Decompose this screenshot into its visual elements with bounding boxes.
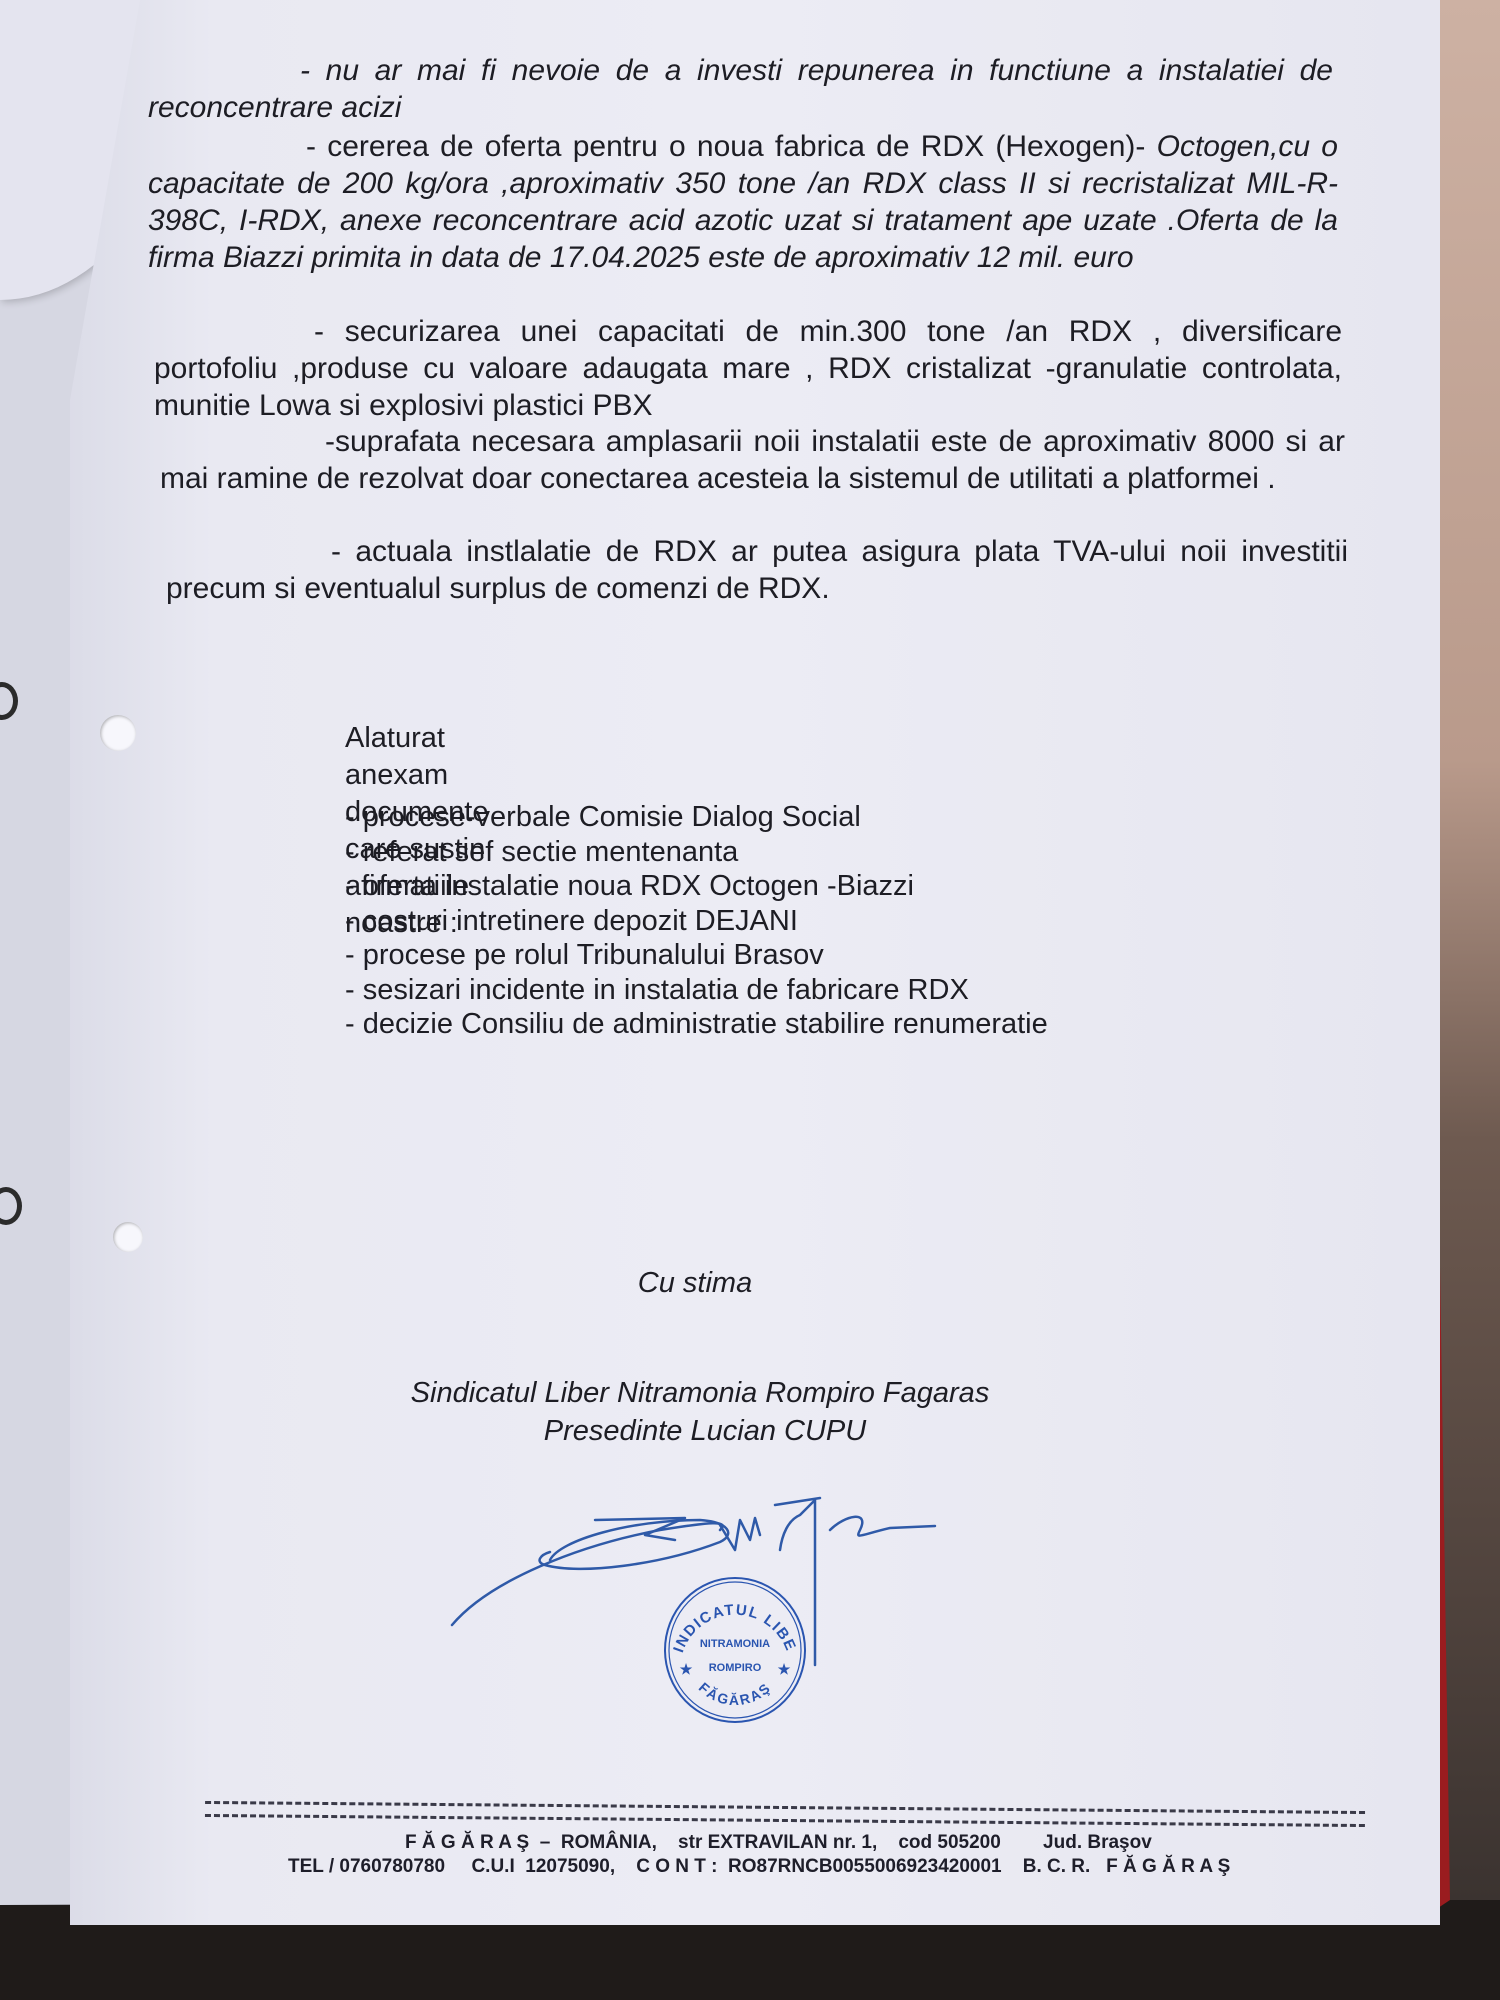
annex-list: - procese-verbale Comisie Dialog Social … [345,800,1048,1042]
organization-name: Sindicatul Liber Nitramonia Rompiro Faga… [0,1375,1420,1412]
annex-item: - procese-verbale Comisie Dialog Social [345,800,1048,835]
svg-text:★: ★ [680,1661,693,1677]
svg-text:ROMPIRO: ROMPIRO [709,1662,762,1674]
annex-item: - referat sef sectie mentenanta [345,835,1048,870]
paragraph-text: portofoliu ,produse cu valoare adaugata … [154,352,1342,422]
svg-text:★: ★ [778,1661,791,1677]
annex-item: - oferta instalatie noua RDX Octogen -Bi… [345,869,1048,904]
svg-text:FĂGĂRAŞ: FĂGĂRAŞ [696,1679,775,1708]
paragraph-text: - securizarea unei capacitati de min.300… [314,315,1342,348]
closing-salutation: Cu stima [0,1265,1415,1302]
footer-address: F Ă G Ă R A Ş – ROMÂNIA, str EXTRAVILAN … [405,1832,1152,1854]
paragraph-4: -suprafata necesara amplasarii noii inst… [160,423,1345,497]
paragraph-text: reconcentrare acizi [148,91,401,124]
signatory-name: Presedinte Lucian CUPU [0,1413,1425,1450]
paragraph-text: - actuala instlalatie de RDX ar putea as… [331,535,1227,568]
annex-item: - decizie Consiliu de administratie stab… [345,1007,1048,1042]
background-wall [1440,0,1500,1900]
paragraph-5: - actuala instlalatie de RDX ar putea as… [166,533,1348,607]
paragraph-2: - cererea de oferta pentru o noua fabric… [148,128,1338,276]
annex-item: - procese pe rolul Tribunalului Brasov [345,938,1048,973]
annex-item: - costuri intretinere depozit DEJANI [345,904,1048,939]
svg-text:NITRAMONIA: NITRAMONIA [700,1638,770,1650]
union-stamp: SINDICATUL LIBER NITRAMONIA ROMPIRO ★ ★ … [660,1575,810,1725]
punch-hole [100,715,136,751]
paragraph-text: - nu ar mai fi nevoie de a investi repun… [300,54,1333,87]
footer-contact: TEL / 0760780780 C.U.I 12075090, C O N T… [288,1856,1230,1878]
paragraph-1: - nu ar mai fi nevoie de a investi repun… [148,52,1333,126]
paragraph-3: - securizarea unei capacitati de min.300… [154,313,1342,424]
punch-hole [113,1222,143,1252]
paragraph-text: -suprafata necesara amplasarii noii inst… [325,425,1274,458]
paragraph-text: - cererea de oferta pentru o noua fabric… [306,130,1145,163]
annex-item: - sesizari incidente in instalatia de fa… [345,973,1048,1008]
